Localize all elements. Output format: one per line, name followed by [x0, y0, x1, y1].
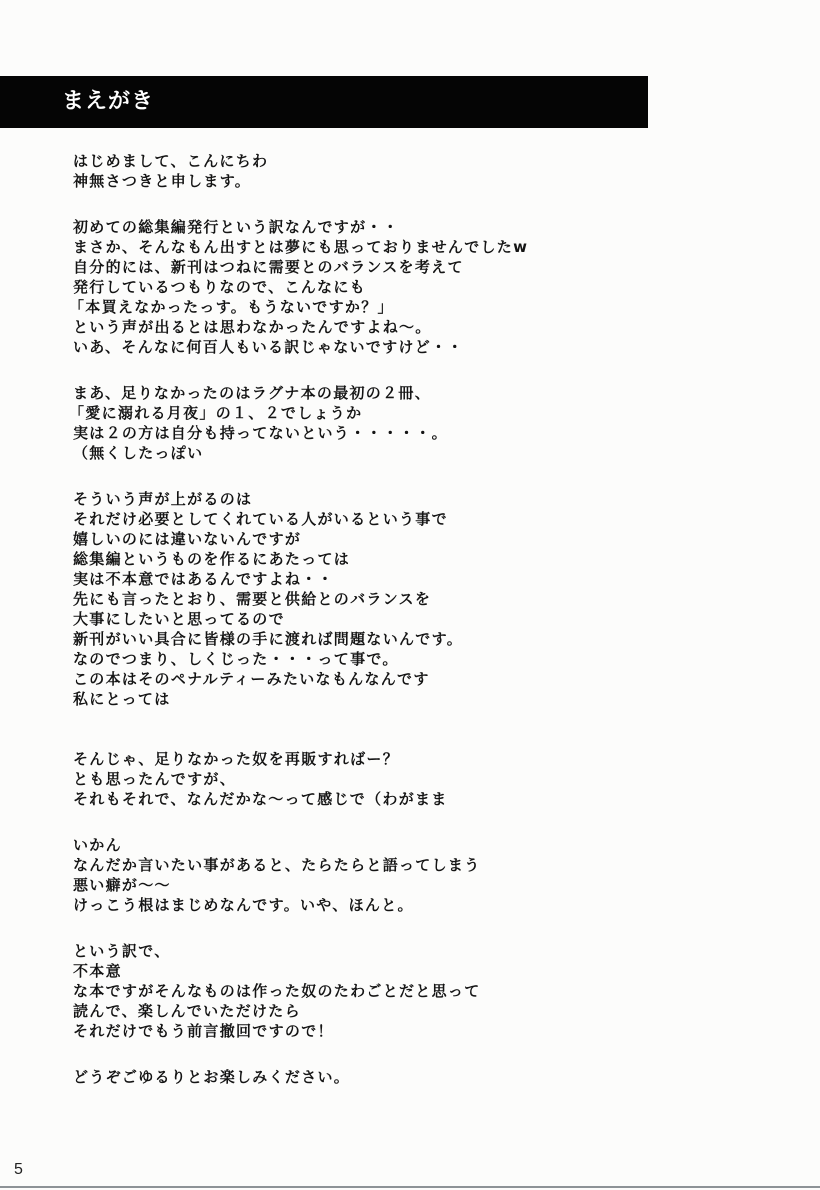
text-line: 「愛に溺れる月夜」の１、２でしょうか [69, 403, 633, 423]
page-bottom-edge [0, 1186, 820, 1188]
text-line: 新刊がいい具合に皆様の手に渡れば問題ないんです。 [73, 629, 633, 649]
text-line: まあ、足りなかったのはラグナ本の最初の２冊、 [73, 383, 633, 403]
text-line: 「本買えなかったっす。もうないですか？」 [69, 297, 633, 317]
text-line: そういう声が上がるのは [73, 489, 633, 509]
text-line: どうぞごゆるりとお楽しみください。 [73, 1067, 633, 1087]
text-line: 発行しているつもりなので、こんなにも [73, 277, 633, 297]
text-line: それだけ必要としてくれている人がいるという事で [73, 509, 633, 529]
paragraph-supply-demand: そういう声が上がるのは それだけ必要としてくれている人がいるという事で 嬉しいの… [73, 489, 633, 709]
text-line: という訳で、 [73, 941, 633, 961]
text-line: まさか、そんなもん出すとは夢にも思っておりませんでしたw [73, 237, 633, 257]
text-line: 神無さつきと申します。 [73, 171, 633, 191]
text-line: 読んで、楽しんでいただけたら [73, 1001, 633, 1021]
section-header-banner: まえがき [0, 76, 648, 128]
paragraph-bad-habit: いかん なんだか言いたい事があると、たらたらと語ってしまう 悪い癖が～～ けっこ… [73, 835, 633, 915]
text-line: 自分的には、新刊はつねに需要とのバランスを考えて [73, 257, 633, 277]
text-line: なんだか言いたい事があると、たらたらと語ってしまう [73, 855, 633, 875]
text-line: （無くしたっぽい [73, 443, 633, 463]
text-line: なのでつまり、しくじった・・・って事で。 [73, 649, 633, 669]
section-title: まえがき [62, 89, 154, 115]
text-line: 不本意 [73, 961, 633, 981]
text-line: 嬉しいのには違いないんですが [73, 529, 633, 549]
text-line: 悪い癖が～～ [73, 875, 633, 895]
page-number: 5 [14, 1161, 23, 1179]
paragraph-sold-out-books: まあ、足りなかったのはラグナ本の最初の２冊、 「愛に溺れる月夜」の１、２でしょう… [73, 383, 633, 463]
paragraph-closing: どうぞごゆるりとお楽しみください。 [73, 1067, 633, 1087]
text-line: 実は２の方は自分も持ってないという・・・・・。 [73, 423, 633, 443]
text-line: 私にとっては [73, 689, 633, 709]
text-line: 実は不本意ではあるんですよね・・ [73, 569, 633, 589]
text-line: この本はそのペナルティーみたいなもんなんです [73, 669, 633, 689]
text-line: という声が出るとは思わなかったんですよね～。 [73, 317, 633, 337]
text-line: そんじゃ、足りなかった奴を再販すればー？ [73, 749, 633, 769]
text-line: けっこう根はまじめなんです。いや、ほんと。 [73, 895, 633, 915]
text-line: はじめまして、こんにちわ [73, 151, 633, 171]
paragraph-first-compilation: 初めての総集編発行という訳なんですが・・ まさか、そんなもん出すとは夢にも思って… [73, 217, 633, 357]
text-line: いかん [73, 835, 633, 855]
paragraph-conclusion: という訳で、 不本意 な本ですがそんなものは作った奴のたわごとだと思って 読んで… [73, 941, 633, 1041]
text-line: な本ですがそんなものは作った奴のたわごとだと思って [73, 981, 633, 1001]
text-line: 大事にしたいと思ってるので [73, 609, 633, 629]
text-line: それだけでもう前言撤回ですので！ [73, 1021, 633, 1041]
text-line: 初めての総集編発行という訳なんですが・・ [73, 217, 633, 237]
paragraph-reprint: そんじゃ、足りなかった奴を再販すればー？ とも思ったんですが、 それもそれで、な… [73, 749, 633, 809]
paragraph-greeting: はじめまして、こんにちわ 神無さつきと申します。 [73, 151, 633, 191]
preface-body: はじめまして、こんにちわ 神無さつきと申します。 初めての総集編発行という訳なん… [73, 151, 633, 1113]
text-line: 総集編というものを作るにあたっては [73, 549, 633, 569]
text-line: それもそれで、なんだかな～って感じで（わがまま [73, 789, 633, 809]
text-line: いあ、そんなに何百人もいる訳じゃないですけど・・ [73, 337, 633, 357]
text-line: 先にも言ったとおり、需要と供給とのバランスを [73, 589, 633, 609]
text-line: とも思ったんですが、 [73, 769, 633, 789]
